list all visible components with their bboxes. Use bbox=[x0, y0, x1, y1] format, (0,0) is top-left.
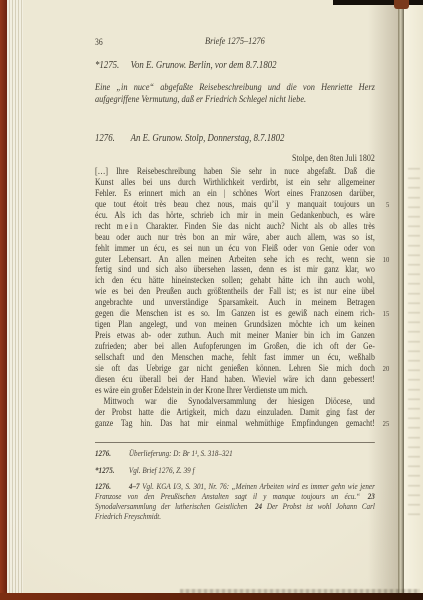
body-line: wie es bei den Preußen auch größtentheil… bbox=[95, 286, 375, 297]
apparatus-entry-number: 1276. bbox=[95, 449, 129, 459]
body-line-text: recht bbox=[95, 221, 117, 231]
body-line: fehlt immer un écu, es sei nun un écu vo… bbox=[95, 243, 375, 254]
letter-1276-number: 1276. bbox=[95, 133, 131, 144]
apparatus-entry-number: 1276. bbox=[95, 482, 129, 492]
letter-1276-heading: 1276.An E. Grunow. Stolp, Donnerstag, 8.… bbox=[95, 133, 375, 144]
body-line: der Probst hatte die Artigkeit, mich daz… bbox=[95, 407, 375, 418]
facing-page-ghost-text bbox=[408, 168, 420, 518]
line-number-marker: 5 bbox=[386, 200, 389, 209]
bottom-book-edge bbox=[0, 593, 423, 600]
apparatus-entry-text: Vgl. Brief 1276, Z. 39 f bbox=[129, 466, 195, 475]
dateline: Stolpe, den 8ten Juli 1802 bbox=[95, 154, 375, 164]
apparatus-block: 1276.Überlieferung: D: Br 1¹, S. 318–321… bbox=[95, 449, 375, 521]
apparatus-segment: Synodalversammlung der lutherischen Geis… bbox=[95, 502, 247, 511]
body-line: es wäre ein großer Edelstein in der Kron… bbox=[95, 385, 375, 396]
body-line: angebrachte und unverständige Sparsamkei… bbox=[95, 297, 375, 308]
page-stack-edge bbox=[7, 0, 23, 600]
body-line: sellschaft und den Menschen mache, fehlt… bbox=[95, 352, 375, 363]
line-number-marker: 20 bbox=[383, 364, 390, 373]
body-line: Mittwoch war die Synodalversammlung der … bbox=[95, 396, 375, 407]
summary-line: Eine „in nuce“ abgefaßte Reisebeschreibu… bbox=[95, 82, 375, 94]
book-cover-edge bbox=[0, 0, 7, 600]
body-line: tigen Plan angelegt, und von meinen Grun… bbox=[95, 319, 375, 330]
apparatus-entry: *1275.Vgl. Brief 1276, Z. 39 f bbox=[95, 466, 375, 476]
body-line: Kunst alles bei uns durch Wirthlichkeit … bbox=[95, 177, 375, 188]
letter-1275-number: *1275. bbox=[95, 60, 131, 71]
line-number-marker: 25 bbox=[383, 419, 390, 428]
summary-line: aufgegriffene Vermutung, daß er Friedric… bbox=[95, 94, 375, 106]
page-header: 36 Briefe 1275–1276 bbox=[95, 36, 375, 48]
apparatus-entry: 1276.4–7 Vgl. KGA I/3, S. 301, Nr. 76: „… bbox=[95, 482, 375, 521]
letter-1276-title: An E. Grunow. Stolp, Donnerstag, 8.7.180… bbox=[131, 133, 285, 144]
body-line: Fehler. Es erinnert mich an ein | schöne… bbox=[95, 188, 375, 199]
body-line: écu. Als ich das hörte, schrieb ich mir … bbox=[95, 210, 375, 221]
top-corner-binding bbox=[394, 0, 409, 9]
body-line: fertig sind und sich also übersehen lass… bbox=[95, 264, 375, 275]
letterspaced-word: mein bbox=[117, 221, 140, 231]
body-line: recht mein Charakter. Finden Sie das nic… bbox=[95, 221, 375, 232]
letter-1275-heading: *1275.Von E. Grunow. Berlin, vor dem 8.7… bbox=[95, 60, 375, 71]
apparatus-segment: 4–7 bbox=[129, 482, 140, 491]
letter-1275-summary: Eine „in nuce“ abgefaßte Reisebeschreibu… bbox=[95, 82, 375, 105]
body-line: zufrieden; aber bei allen Aufopferungen … bbox=[95, 341, 375, 352]
top-book-edge bbox=[333, 0, 423, 5]
body-line-text: Charakter. Finden Sie das nicht auch? Ni… bbox=[140, 221, 375, 231]
body-line: sie oft das Uebrige gar nicht genießen k… bbox=[95, 363, 375, 374]
letter-1276-body: […] Ihre Reisebeschreibung haben Sie seh… bbox=[95, 166, 375, 429]
body-line: Preis etwas ab- oder zuthun. Auch mit me… bbox=[95, 330, 375, 341]
apparatus-entry-number: *1275. bbox=[95, 466, 129, 476]
body-line: gegen die Menschen ist es so. Im Ganzen … bbox=[95, 308, 375, 319]
body-line: ich den écu hätte hineinstecken sollen; … bbox=[95, 275, 375, 286]
body-line: ganze Tag hin. Das hat mir einmal wehmüt… bbox=[95, 418, 375, 429]
apparatus-rule bbox=[95, 442, 375, 443]
running-title: Briefe 1275–1276 bbox=[95, 36, 375, 47]
body-line: diesen écu überall bei der Hand haben. W… bbox=[95, 374, 375, 385]
body-line: que tout étoit très beau chez nous, mais… bbox=[95, 199, 375, 210]
apparatus-entry: 1276.Überlieferung: D: Br 1¹, S. 318–321 bbox=[95, 449, 375, 459]
body-line: beau oder auch nur très bon an mir wäre,… bbox=[95, 232, 375, 243]
apparatus-entry-text: Überlieferung: D: Br 1¹, S. 318–321 bbox=[129, 449, 233, 458]
apparatus-segment: 24 bbox=[255, 502, 262, 511]
letter-1275-title: Von E. Grunow. Berlin, vor dem 8.7.1802 bbox=[131, 60, 277, 71]
body-line: […] Ihre Reisebeschreibung haben Sie seh… bbox=[95, 166, 375, 177]
apparatus-segment: 23 bbox=[368, 492, 375, 501]
line-number-marker: 10 bbox=[383, 255, 390, 264]
line-number-marker: 15 bbox=[383, 309, 390, 318]
body-line: guter Lebensart. An allen meinen Arbeite… bbox=[95, 254, 375, 265]
